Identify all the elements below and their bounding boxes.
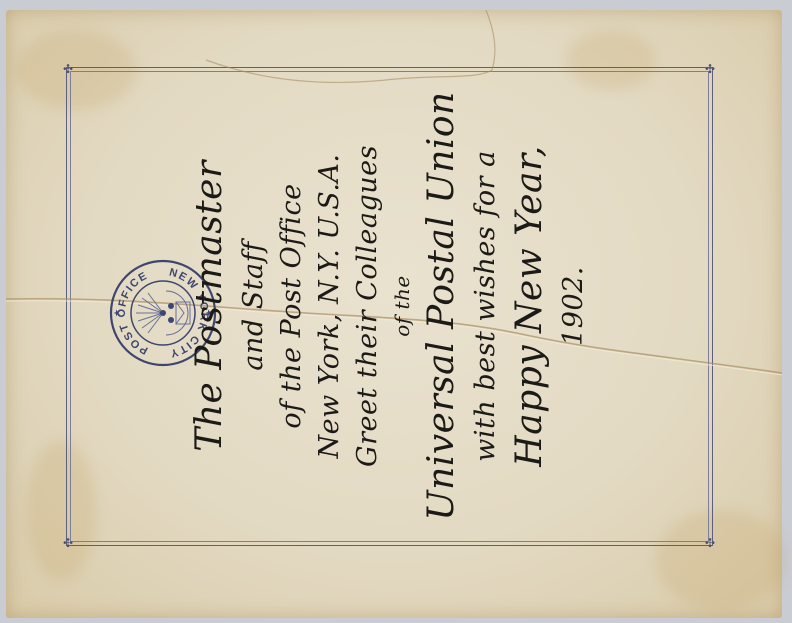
greeting-line: and Staff [235, 241, 273, 370]
greeting-line: Greet their Colleagues [349, 145, 387, 467]
greeting-line: Happy New Year, [505, 145, 555, 466]
greeting-line: The Postmaster [185, 160, 235, 451]
corner-ornament-icon: ✣ [704, 537, 716, 549]
greeting-line: of the Post Office [273, 183, 311, 428]
greeting-line: New York, N.Y. U.S.A. [311, 154, 349, 459]
paper-top-crack [6, 10, 782, 110]
greeting-line: Universal Postal Union [417, 91, 467, 520]
greeting-line: with best wishes for a [467, 150, 505, 461]
corner-ornament-icon: ✣ [62, 537, 74, 549]
greeting-line: of the [387, 275, 417, 337]
greeting-text: The Postmaster and Staff of the Post Off… [109, 96, 669, 516]
greeting-line: 1902. [555, 266, 593, 346]
